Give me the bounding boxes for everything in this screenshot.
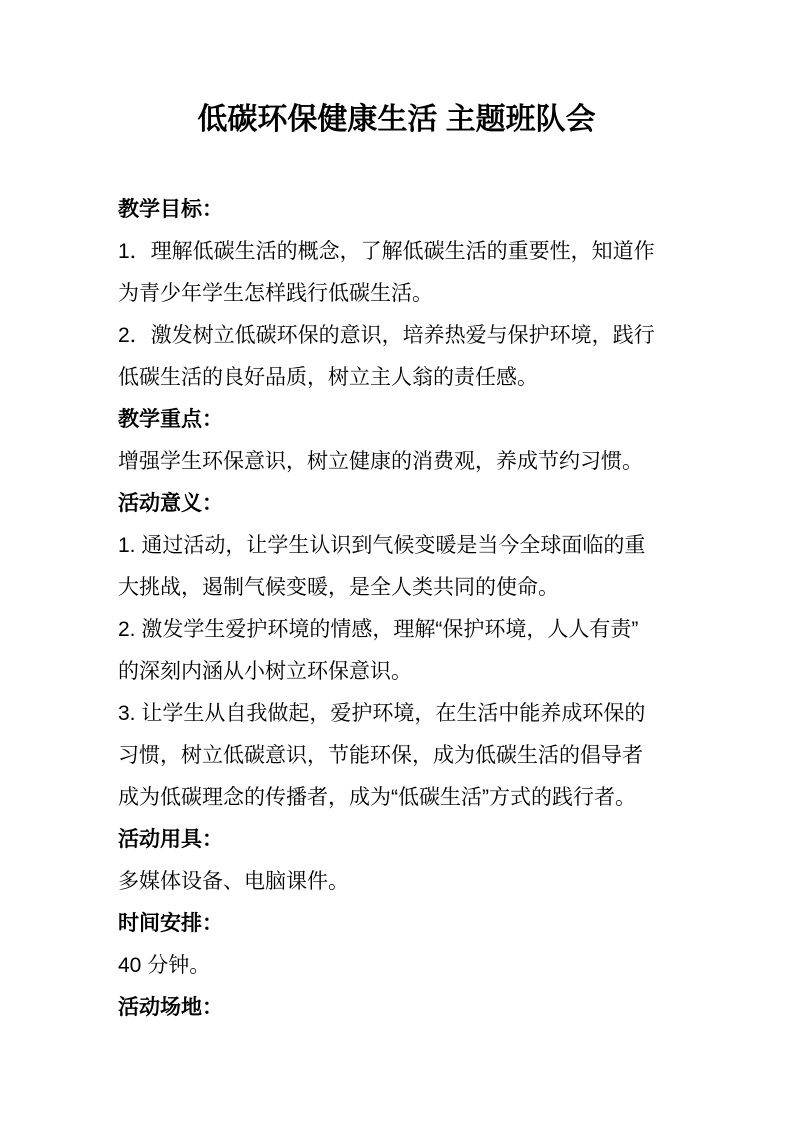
section-heading: 教学重点： [118,399,675,441]
section-heading: 活动场地： [118,987,675,1029]
paragraph-line: 成为低碳理念的传播者，成为“低碳生活”方式的践行者。 [118,777,675,819]
paragraph-line: 低碳生活的良好品质，树立主人翁的责任感。 [118,357,675,399]
paragraph-line: 3. 让学生从自我做起，爱护环境，在生活中能养成环保的 [118,693,675,735]
document-page: 低碳环保健康生活 主题班队会 教学目标：1．理解低碳生活的概念，了解低碳生活的重… [0,0,793,1122]
section-heading: 教学目标： [118,189,675,231]
section-heading: 时间安排： [118,903,675,945]
paragraph-line: 40 分钟。 [118,945,675,987]
paragraph-line: 1. 通过活动，让学生认识到气候变暖是当今全球面临的重 [118,525,675,567]
paragraph-line: 大挑战，遏制气候变暖，是全人类共同的使命。 [118,567,675,609]
paragraph-line: 为青少年学生怎样践行低碳生活。 [118,273,675,315]
document-body: 教学目标：1．理解低碳生活的概念，了解低碳生活的重要性，知道作为青少年学生怎样践… [118,189,675,1029]
paragraph-line: 2．激发树立低碳环保的意识，培养热爱与保护环境，践行 [118,315,675,357]
document-title: 低碳环保健康生活 主题班队会 [118,98,675,142]
paragraph-line: 习惯，树立低碳意识，节能环保，成为低碳生活的倡导者 [118,735,675,777]
paragraph-line: 2. 激发学生爱护环境的情感，理解“保护环境，人人有责” [118,609,675,651]
paragraph-line: 多媒体设备、电脑课件。 [118,861,675,903]
section-heading: 活动用具： [118,819,675,861]
section-heading: 活动意义： [118,483,675,525]
paragraph-line: 的深刻内涵从小树立环保意识。 [118,651,675,693]
paragraph-line: 增强学生环保意识，树立健康的消费观，养成节约习惯。 [118,441,675,483]
paragraph-line: 1．理解低碳生活的概念，了解低碳生活的重要性，知道作 [118,231,675,273]
